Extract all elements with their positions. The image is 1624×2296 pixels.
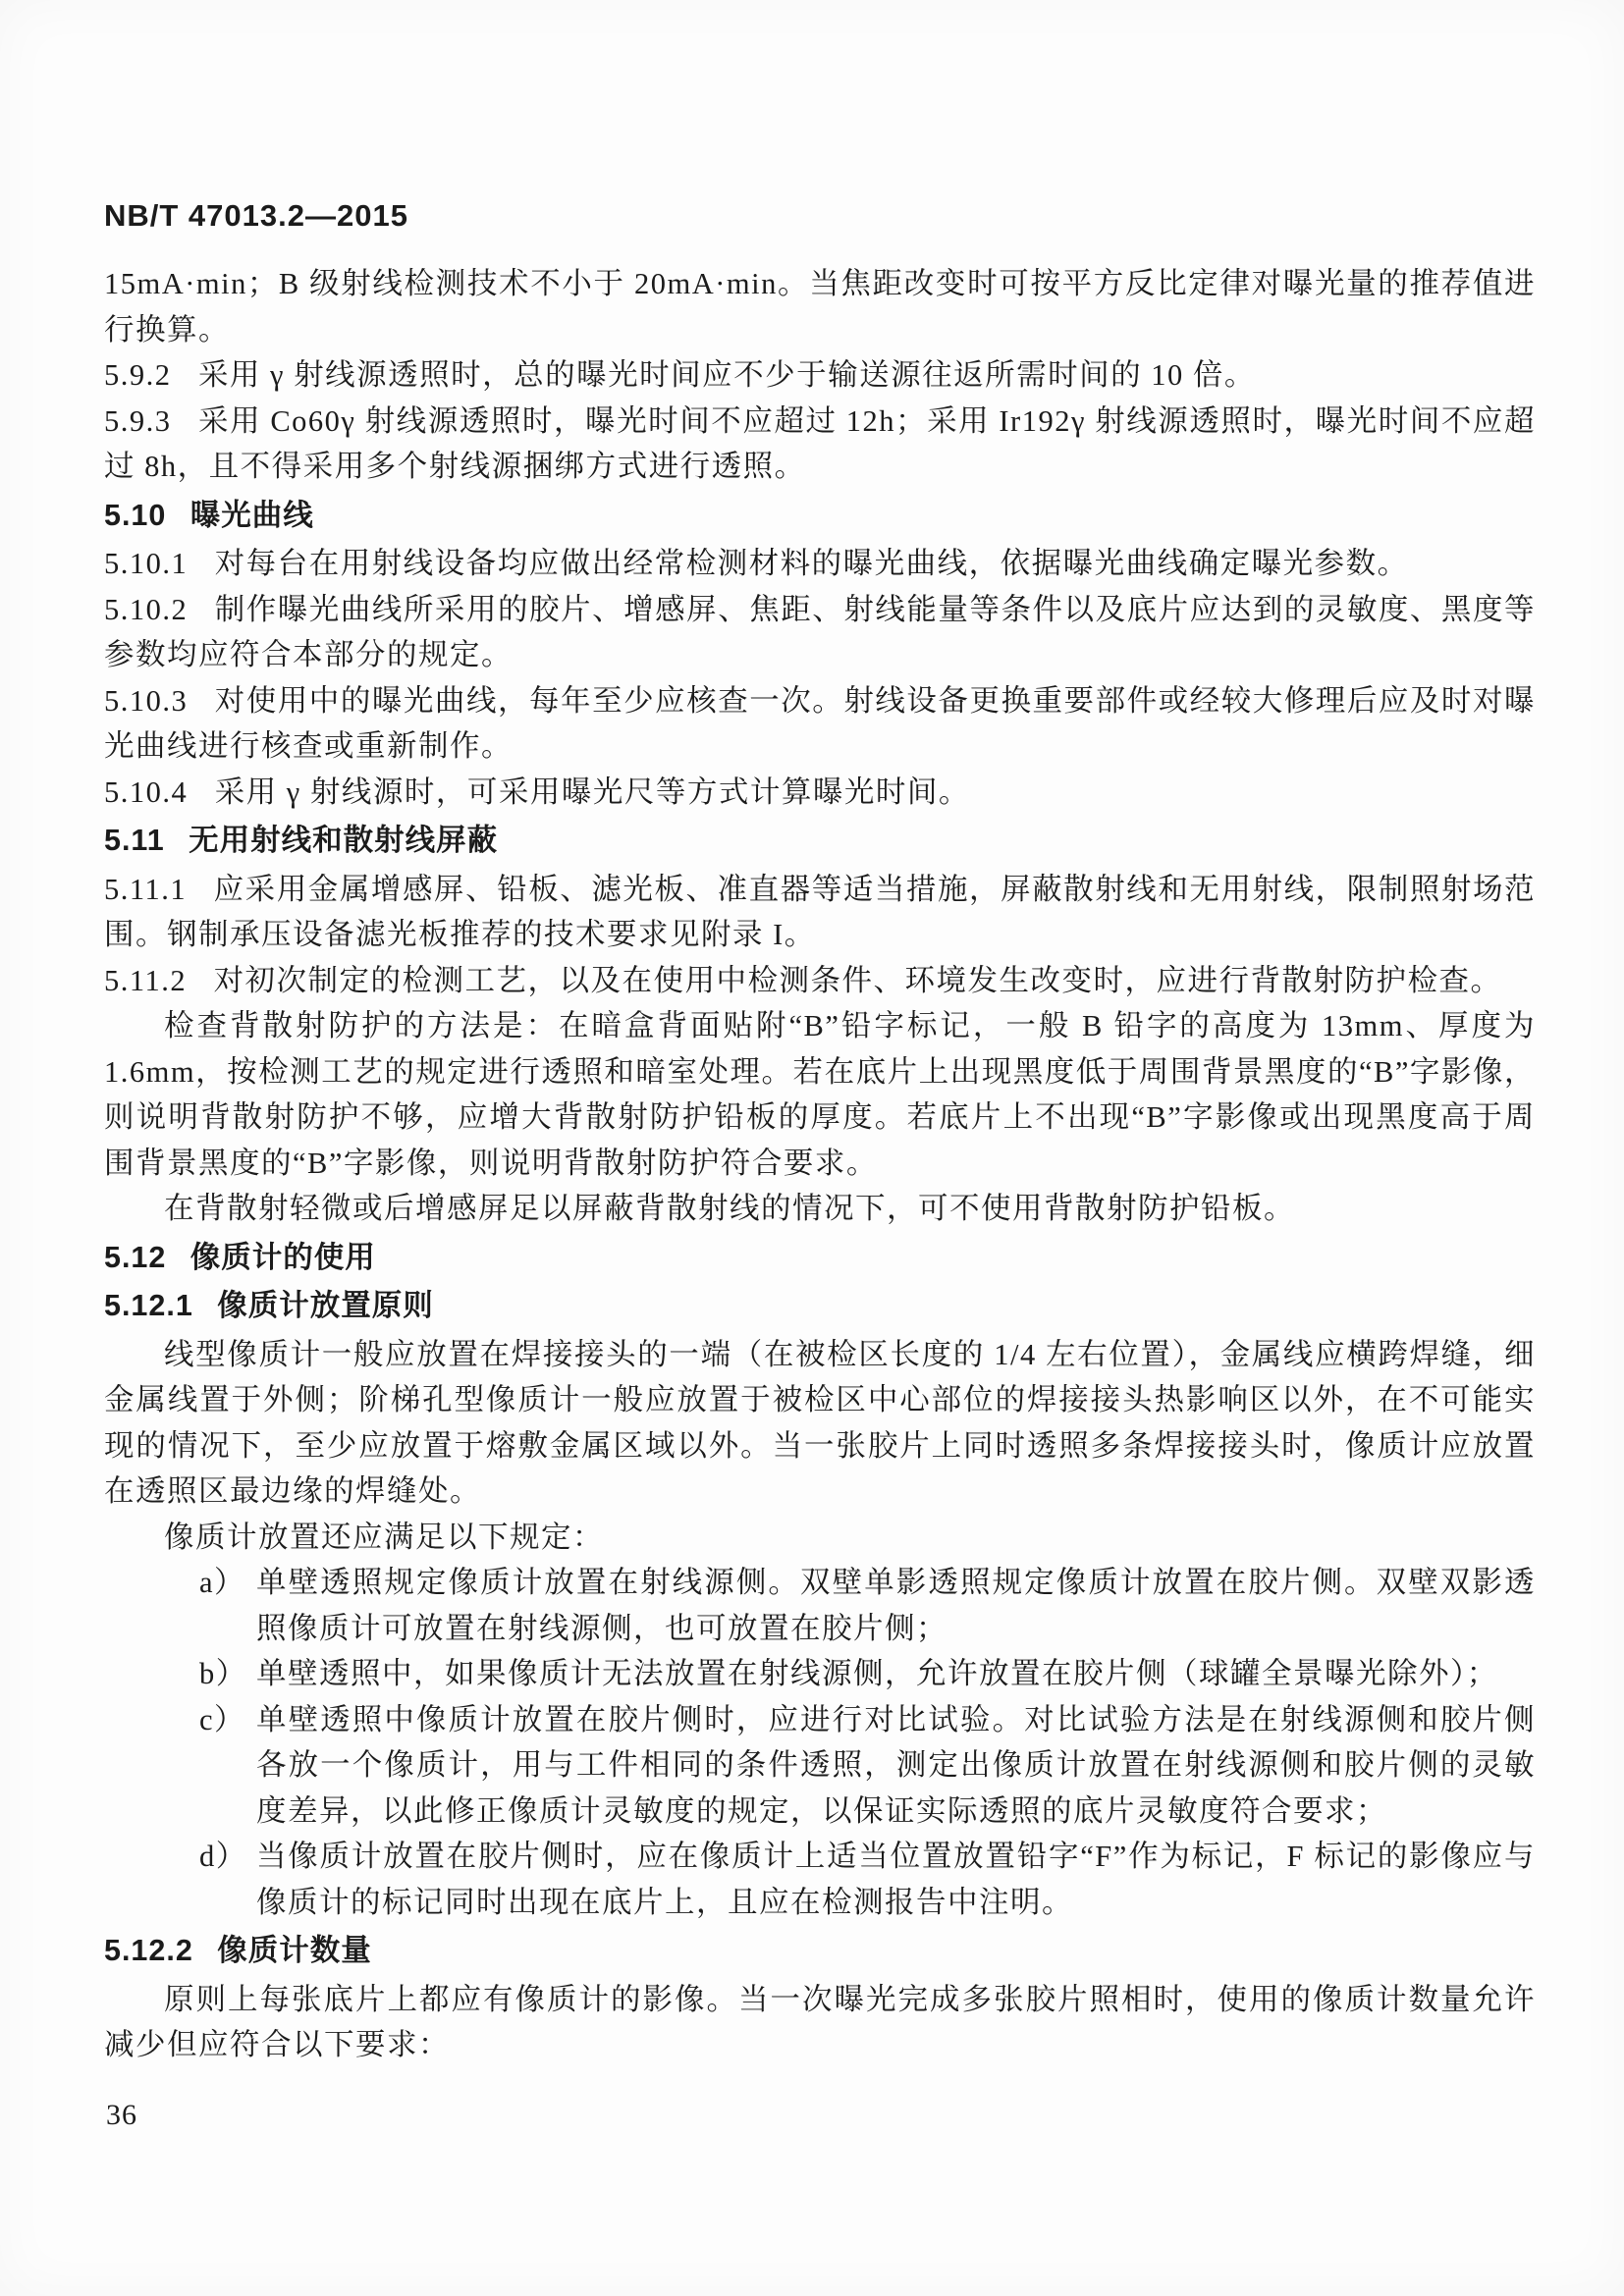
section-heading-5-12: 5.12像质计的使用 [104, 1235, 1536, 1281]
section-title: 像质计的使用 [190, 1241, 376, 1274]
list-marker: d） [199, 1834, 256, 1925]
clause-text: 对使用中的曝光曲线，每年至少应核查一次。射线设备更换重要部件或经较大修理后应及时… [104, 684, 1536, 764]
section-title: 曝光曲线 [190, 499, 314, 532]
paragraph-text: 线型像质计一般应放置在焊接接头的一端（在被检区长度的 1/4 左右位置），金属线… [104, 1338, 1536, 1509]
section-heading-5-10: 5.10曝光曲线 [104, 493, 1536, 539]
section-heading-5-12-1: 5.12.1像质计放置原则 [104, 1283, 1536, 1329]
paragraph-text: 在背散射轻微或后增感屏足以屏蔽背散射线的情况下，可不使用背散射防护铅板。 [164, 1192, 1295, 1225]
clause-number: 5.9.3 [104, 404, 172, 438]
section-number: 5.10 [104, 499, 166, 532]
paragraph-text: 15mA·min；B 级射线检测技术不小于 20mA·min。当焦距改变时可按平… [104, 267, 1536, 347]
clause-5-10-4: 5.10.4采用 γ 射线源时，可采用曝光尺等方式计算曝光时间。 [104, 770, 1536, 816]
clause-5-10-1: 5.10.1对每台在用射线设备均应做出经常检测材料的曝光曲线，依据曝光曲线确定曝… [104, 541, 1536, 587]
clause-number: 5.9.2 [104, 358, 172, 392]
paragraph-backscatter-check: 检查背散射防护的方法是：在暗盒背面贴附“B”铅字标记，一般 B 铅字的高度为 1… [104, 1003, 1536, 1186]
clause-number: 5.11.2 [104, 964, 187, 997]
section-heading-5-11: 5.11无用射线和散射线屏蔽 [104, 818, 1536, 864]
list-text: 单壁透照规定像质计放置在射线源侧。双壁单影透照规定像质计放置在胶片侧。双壁双影透… [256, 1560, 1536, 1651]
clause-text: 制作曝光曲线所采用的胶片、增感屏、焦距、射线能量等条件以及底片应达到的灵敏度、黑… [104, 593, 1536, 672]
list-text: 当像质计放置在胶片侧时，应在像质计上适当位置放置铅字“F”作为标记，F 标记的影… [256, 1834, 1536, 1925]
section-title: 像质计放置原则 [217, 1289, 434, 1322]
clause-text: 采用 γ 射线源透照时，总的曝光时间应不少于输送源往返所需时间的 10 倍。 [198, 358, 1256, 392]
paragraph-iqi-placement: 线型像质计一般应放置在焊接接头的一端（在被检区长度的 1/4 左右位置），金属线… [104, 1332, 1536, 1515]
clause-5-10-2: 5.10.2制作曝光曲线所采用的胶片、增感屏、焦距、射线能量等条件以及底片应达到… [104, 587, 1536, 678]
paragraph-text: 检查背散射防护的方法是：在暗盒背面贴附“B”铅字标记，一般 B 铅字的高度为 1… [104, 1009, 1536, 1180]
clause-number: 5.11.1 [104, 873, 187, 906]
list-marker: b） [199, 1651, 256, 1697]
clause-5-11-2: 5.11.2对初次制定的检测工艺，以及在使用中检测条件、环境发生改变时，应进行背… [104, 958, 1536, 1004]
section-title: 像质计数量 [217, 1934, 372, 1967]
page-body: 15mA·min；B 级射线检测技术不小于 20mA·min。当焦距改变时可按平… [104, 261, 1536, 2068]
list-text: 单壁透照中，如果像质计无法放置在射线源侧，允许放置在胶片侧（球罐全景曝光除外）； [256, 1651, 1536, 1697]
clause-text: 应采用金属增感屏、铅板、滤光板、准直器等适当措施，屏蔽散射线和无用射线，限制照射… [104, 873, 1536, 952]
list-item-c: c） 单壁透照中像质计放置在胶片侧时，应进行对比试验。对比试验方法是在射线源侧和… [104, 1697, 1536, 1835]
list-text: 单壁透照中像质计放置在胶片侧时，应进行对比试验。对比试验方法是在射线源侧和胶片侧… [256, 1697, 1536, 1835]
section-number: 5.12 [104, 1241, 166, 1274]
clause-text: 对初次制定的检测工艺，以及在使用中检测条件、环境发生改变时，应进行背散射防护检查… [214, 964, 1502, 997]
clause-5-10-3: 5.10.3对使用中的曝光曲线，每年至少应核查一次。射线设备更换重要部件或经较大… [104, 678, 1536, 770]
list-marker: c） [199, 1697, 256, 1835]
clause-text: 采用 γ 射线源时，可采用曝光尺等方式计算曝光时间。 [215, 775, 970, 809]
clause-number: 5.10.4 [104, 775, 188, 809]
list-item-a: a） 单壁透照规定像质计放置在射线源侧。双壁单影透照规定像质计放置在胶片侧。双壁… [104, 1560, 1536, 1651]
page-number: 36 [106, 2099, 137, 2132]
section-number: 5.12.2 [104, 1934, 193, 1967]
section-number: 5.12.1 [104, 1289, 193, 1322]
paragraph-light-backscatter: 在背散射轻微或后增感屏足以屏蔽背散射线的情况下，可不使用背散射防护铅板。 [104, 1186, 1536, 1232]
clause-text: 采用 Co60γ 射线源透照时，曝光时间不应超过 12h；采用 Ir192γ 射… [104, 404, 1536, 484]
clause-number: 5.10.3 [104, 684, 188, 718]
paragraph-text: 像质计放置还应满足以下规定： [164, 1521, 604, 1554]
scanned-standard-page: NB/T 47013.2—2015 15mA·min；B 级射线检测技术不小于 … [0, 0, 1624, 2296]
clause-number: 5.10.2 [104, 593, 188, 626]
paragraph-continuation: 15mA·min；B 级射线检测技术不小于 20mA·min。当焦距改变时可按平… [104, 261, 1536, 352]
clause-text: 对每台在用射线设备均应做出经常检测材料的曝光曲线，依据曝光曲线确定曝光参数。 [215, 547, 1409, 580]
list-item-b: b） 单壁透照中，如果像质计无法放置在射线源侧，允许放置在胶片侧（球罐全景曝光除… [104, 1651, 1536, 1697]
section-heading-5-12-2: 5.12.2像质计数量 [104, 1928, 1536, 1974]
paragraph-iqi-count: 原则上每张底片上都应有像质计的影像。当一次曝光完成多张胶片照相时，使用的像质计数… [104, 1977, 1536, 2068]
clause-5-11-1: 5.11.1应采用金属增感屏、铅板、滤光板、准直器等适当措施，屏蔽散射线和无用射… [104, 867, 1536, 958]
list-item-d: d） 当像质计放置在胶片侧时，应在像质计上适当位置放置铅字“F”作为标记，F 标… [104, 1834, 1536, 1925]
clause-5-9-2: 5.9.2采用 γ 射线源透照时，总的曝光时间应不少于输送源往返所需时间的 10… [104, 352, 1536, 399]
section-title: 无用射线和散射线屏蔽 [189, 824, 498, 857]
section-number: 5.11 [104, 824, 165, 857]
paragraph-text: 原则上每张底片上都应有像质计的影像。当一次曝光完成多张胶片照相时，使用的像质计数… [104, 1983, 1536, 2062]
document-number: NB/T 47013.2—2015 [104, 198, 408, 234]
list-marker: a） [199, 1560, 256, 1651]
clause-number: 5.10.1 [104, 547, 188, 580]
paragraph-iqi-rules-intro: 像质计放置还应满足以下规定： [104, 1515, 1536, 1561]
clause-5-9-3: 5.9.3采用 Co60γ 射线源透照时，曝光时间不应超过 12h；采用 Ir1… [104, 399, 1536, 490]
